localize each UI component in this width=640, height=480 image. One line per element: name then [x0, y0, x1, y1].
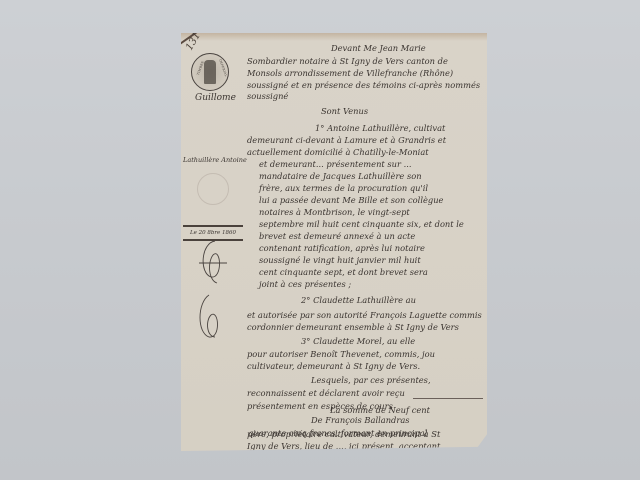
body-line: Sombardier notaire à St Igny de Vers can…: [247, 56, 448, 66]
body-line: soussigné le vingt huit janvier mil huit: [259, 255, 421, 265]
body-line: frère, aux termes de la procuration qu'i…: [259, 183, 428, 193]
body-line: cultivateur, demeurant à St Igny de Vers…: [247, 361, 420, 371]
body-line: Sont Venus: [321, 106, 368, 116]
body-line: et autorisée par son autorité François L…: [247, 310, 482, 320]
body-line: cent cinquante sept, et dont brevet sera: [259, 267, 428, 277]
body-line: contenant ratification, après lui notair…: [259, 243, 425, 253]
folio-number: 131: [184, 30, 203, 52]
margin-name-note: Lathuillère Antoine: [183, 156, 247, 164]
body-line: reconnaissent et déclarent avoir reçu: [247, 388, 405, 398]
body-line: brevet est demeuré annexé à un acte: [259, 231, 415, 241]
body-line: septembre mil huit cent cinquante six, e…: [259, 219, 464, 229]
body-line: Igny de Vers, lieu de ..., ici présent, …: [247, 441, 440, 451]
body-line: Lesquels, par ces présentes,: [311, 375, 431, 385]
body-line: notaires à Montbrison, le vingt-sept: [259, 207, 410, 217]
body-line: joint à ces présentes ;: [259, 279, 351, 289]
body-line: mandataire de Jacques Lathuillère son: [259, 171, 422, 181]
body-line: quarante cinq francs, formant en princip…: [248, 428, 427, 438]
body-line: actuellement domicilié à Chatilly-le-Mon…: [247, 147, 429, 157]
line-filler-rule: [413, 398, 483, 399]
body-line: 2° Claudette Lathuillère au: [301, 295, 416, 305]
faint-embossed-seal: [197, 173, 229, 205]
body-line: soussigné: [247, 91, 288, 101]
body-line: lui a passée devant Me Bille et son coll…: [259, 195, 443, 205]
paraph-signature-icon: [195, 233, 229, 343]
body-line: 1° Antoine Lathuillère, cultivat: [315, 123, 445, 133]
notarial-deed-page: 131 TIMBRE IMPERIAL Guillome Lathuillère…: [181, 33, 487, 451]
body-line: et demeurant... présentement sur ...: [259, 159, 412, 169]
body-line: 3° Claudette Morel, au elle: [301, 336, 415, 346]
body-line: pour autoriser Benoît Thevenet, commis, …: [247, 349, 435, 359]
body-line: La somme de Neuf cent: [330, 405, 430, 415]
body-line: et payant: [247, 452, 286, 462]
seated-figure-icon: [204, 60, 216, 84]
body-line: demeurant ci-devant à Lamure et à Grandr…: [247, 135, 446, 145]
stamp-label-right: IMPERIAL: [218, 59, 228, 78]
body-line: Monsols arrondissement de Villefranche (…: [247, 68, 453, 78]
imperial-tax-stamp: TIMBRE IMPERIAL: [191, 53, 229, 91]
body-line: De François Ballandras: [311, 415, 410, 425]
stamp-signature: Guillome: [195, 93, 236, 103]
body-line: soussigné et en présence des témoins ci-…: [247, 80, 480, 90]
body-line: cordonnier demeurant ensemble à St Igny …: [247, 322, 459, 332]
body-line: Devant Me Jean Marie: [331, 43, 426, 53]
